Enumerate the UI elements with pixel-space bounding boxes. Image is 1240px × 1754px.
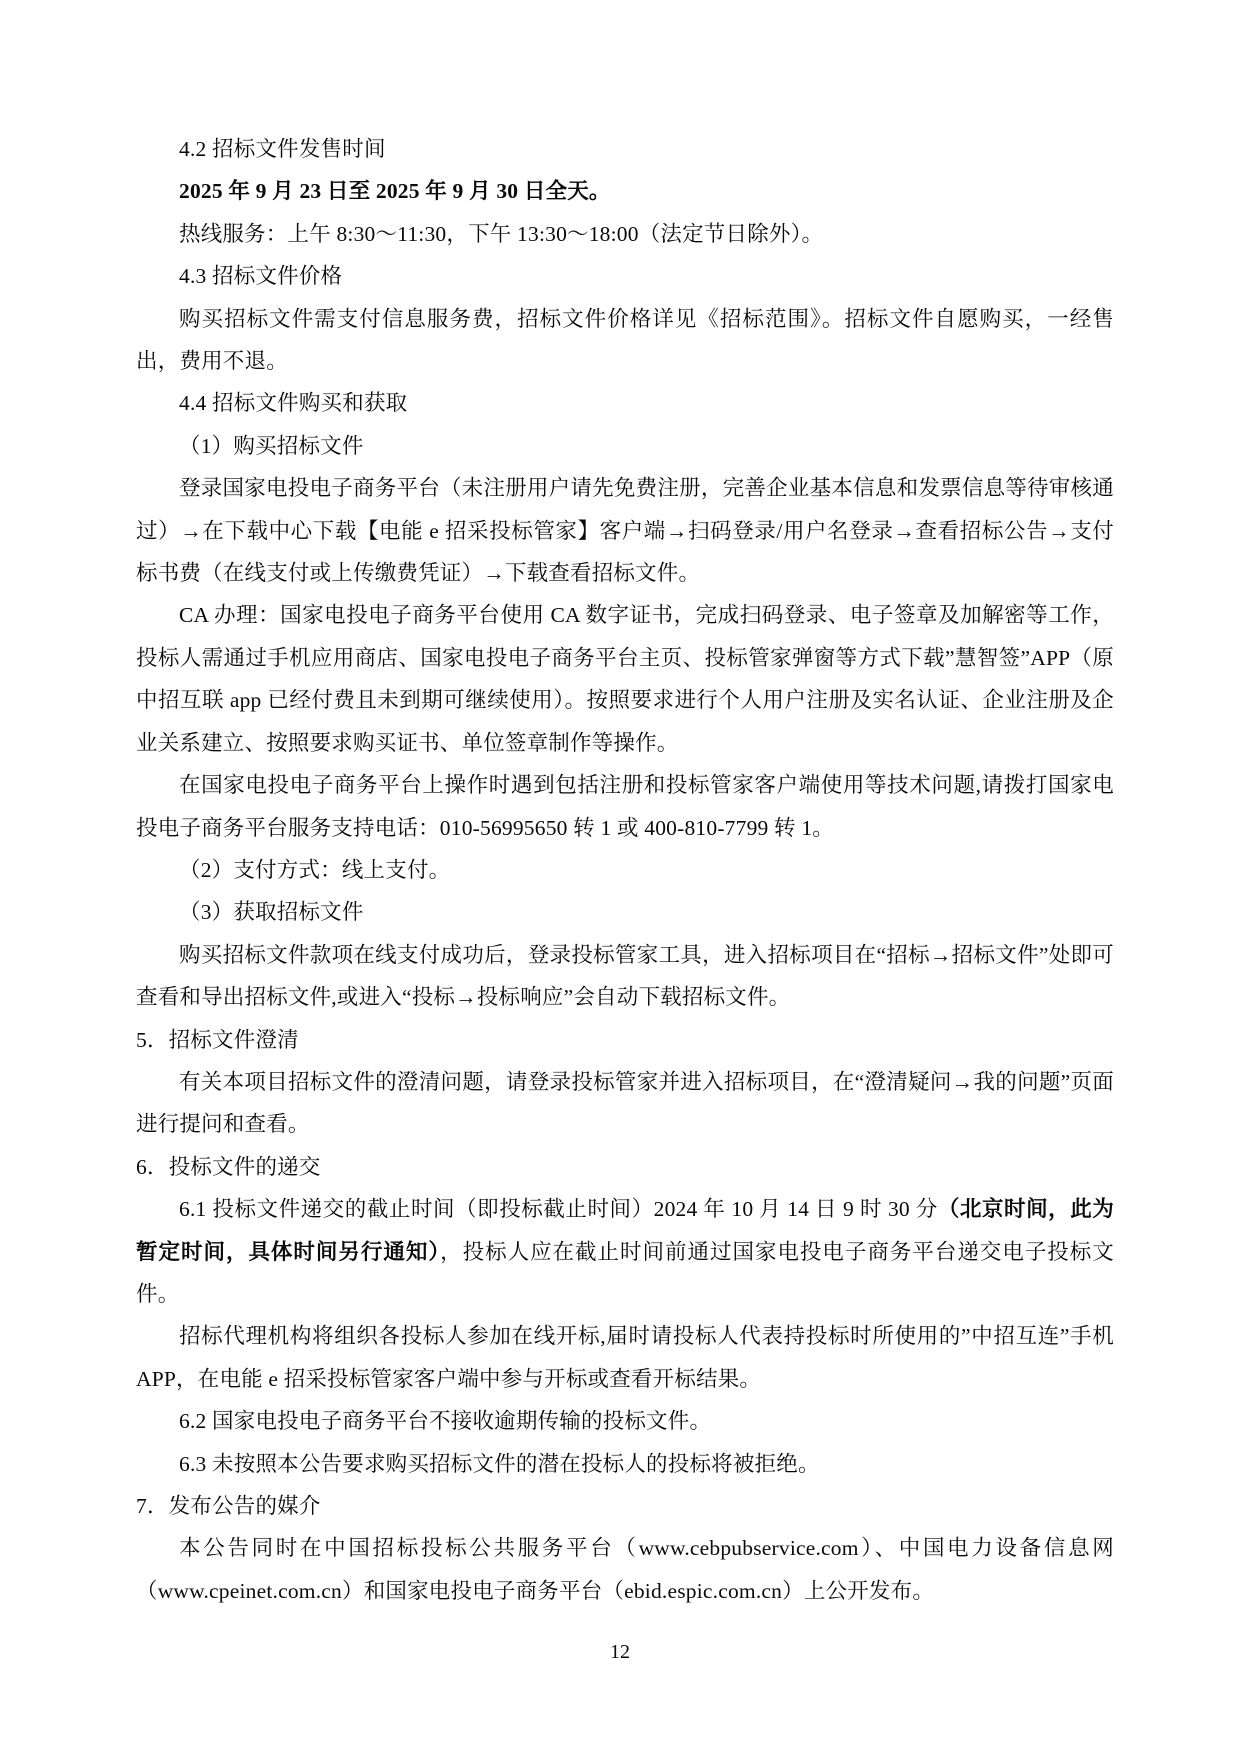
heading-7: 7．发布公告的媒介 xyxy=(136,1485,1114,1527)
clarification-paragraph: 有关本项目招标文件的澄清问题，请登录投标管家并进入招标项目，在“澄清疑问→我的问… xyxy=(136,1061,1114,1146)
heading-4-2: 4.2 招标文件发售时间 xyxy=(136,128,1114,170)
document-page: 4.2 招标文件发售时间 2025 年 9 月 23 日至 2025 年 9 月… xyxy=(0,0,1240,1754)
clause-6-3: 6.3 未按照本公告要求购买招标文件的潜在投标人的投标将被拒绝。 xyxy=(136,1443,1114,1485)
deadline-paragraph: 6.1 投标文件递交的截止时间（即投标截止时间）2024 年 10 月 14 日… xyxy=(136,1188,1114,1315)
ca-processing-paragraph: CA 办理：国家电投电子商务平台使用 CA 数字证书，完成扫码登录、电子签章及加… xyxy=(136,594,1114,764)
document-body: 4.2 招标文件发售时间 2025 年 9 月 23 日至 2025 年 9 月… xyxy=(136,128,1114,1612)
heading-5: 5．招标文件澄清 xyxy=(136,1019,1114,1061)
hotline-hours-text: 热线服务：上午 8:30～11:30，下午 13:30～18:00（法定节日除外… xyxy=(136,213,1114,255)
sale-period-text: 2025 年 9 月 23 日至 2025 年 9 月 30 日全天。 xyxy=(136,170,1114,212)
support-phone-paragraph: 在国家电投电子商务平台上操作时遇到包括注册和投标管家客户端使用等技术问题,请拨打… xyxy=(136,764,1114,849)
purchase-steps-paragraph: 登录国家电投电子商务平台（未注册用户请先免费注册，完善企业基本信息和发票信息等待… xyxy=(136,467,1114,594)
item-3-heading: （3）获取招标文件 xyxy=(136,891,1114,933)
heading-4-3: 4.3 招标文件价格 xyxy=(136,255,1114,297)
announcement-media-paragraph: 本公告同时在中国招标投标公共服务平台（www.cebpubservice.com… xyxy=(136,1527,1114,1612)
page-number: 12 xyxy=(0,1638,1240,1666)
heading-6: 6．投标文件的递交 xyxy=(136,1146,1114,1188)
deadline-pre-text: 6.1 投标文件递交的截止时间（即投标截止时间）2024 年 10 月 14 日… xyxy=(179,1197,938,1221)
obtain-file-paragraph: 购买招标文件款项在线支付成功后，登录投标管家工具，进入招标项目在“招标→招标文件… xyxy=(136,934,1114,1019)
clause-6-2: 6.2 国家电投电子商务平台不接收逾期传输的投标文件。 xyxy=(136,1400,1114,1442)
item-1-heading: （1）购买招标文件 xyxy=(136,425,1114,467)
heading-4-4: 4.4 招标文件购买和获取 xyxy=(136,382,1114,424)
price-paragraph: 购买招标文件需支付信息服务费，招标文件价格详见《招标范围》。招标文件自愿购买，一… xyxy=(136,298,1114,383)
online-opening-paragraph: 招标代理机构将组织各投标人参加在线开标,届时请投标人代表持投标时所使用的”中招互… xyxy=(136,1315,1114,1400)
item-2-payment-method: （2）支付方式：线上支付。 xyxy=(136,849,1114,891)
